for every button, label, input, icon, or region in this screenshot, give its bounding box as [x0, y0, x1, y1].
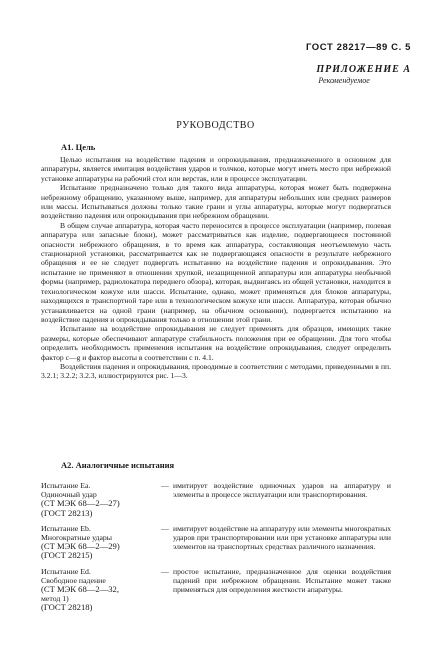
section-heading-a2: А2. Аналогичные испытания [61, 460, 174, 470]
test-description: простое испытание, предназначенное для о… [173, 567, 391, 613]
document-title: РУКОВОДСТВО [0, 120, 431, 131]
test-name: Испытание Eb. [41, 524, 161, 533]
section-heading-a1: А1. Цель [61, 142, 95, 152]
paragraph: В общем случае аппаратура, которая часто… [41, 221, 391, 324]
test-ref-gost: (ГОСТ 28218) [41, 603, 161, 612]
test-item-eb: Испытание Eb. Многократные удары (СТ МЭК… [41, 524, 391, 561]
similar-tests-list: Испытание Ea. Одиночный удар (СТ МЭК 68—… [41, 481, 391, 619]
appendix-label: ПРИЛОЖЕНИЕ А [316, 64, 411, 75]
appendix-block: ПРИЛОЖЕНИЕ А Рекомендуемое [316, 64, 411, 85]
test-ref-iec: (СТ МЭК 68—2—32, [41, 585, 161, 594]
test-identifier: Испытание Ed. Свободное падение (СТ МЭК … [41, 567, 161, 613]
paragraph: Испытание на воздействие опрокидывания н… [41, 324, 391, 362]
test-name: Испытание Ed. [41, 567, 161, 576]
appendix-status: Рекомендуемое [316, 76, 411, 85]
test-item-ed: Испытание Ed. Свободное падение (СТ МЭК … [41, 567, 391, 613]
test-ref-gost: (ГОСТ 28215) [41, 551, 161, 560]
dash: — [161, 567, 173, 613]
test-description: имитирует воздействие на аппаратуру или … [173, 524, 391, 561]
dash: — [161, 481, 173, 518]
test-description: имитирует воздействие одиночных ударов н… [173, 481, 391, 518]
standard-reference: ГОСТ 28217—89 С. 5 [306, 42, 411, 53]
paragraph: Целью испытания на воздействие падения и… [41, 155, 391, 183]
document-page: ГОСТ 28217—89 С. 5 ПРИЛОЖЕНИЕ А Рекоменд… [0, 0, 431, 654]
test-ref-gost: (ГОСТ 28213) [41, 509, 161, 518]
test-name: Испытание Ea. [41, 481, 161, 490]
test-identifier: Испытание Ea. Одиночный удар (СТ МЭК 68—… [41, 481, 161, 518]
test-item-ea: Испытание Ea. Одиночный удар (СТ МЭК 68—… [41, 481, 391, 518]
paragraph: Испытание предназначено только для таког… [41, 183, 391, 221]
test-identifier: Испытание Eb. Многократные удары (СТ МЭК… [41, 524, 161, 561]
paragraph: Воздействия падения и опрокидывания, про… [41, 362, 391, 381]
dash: — [161, 524, 173, 561]
section-a1-body: Целью испытания на воздействие падения и… [41, 155, 391, 381]
